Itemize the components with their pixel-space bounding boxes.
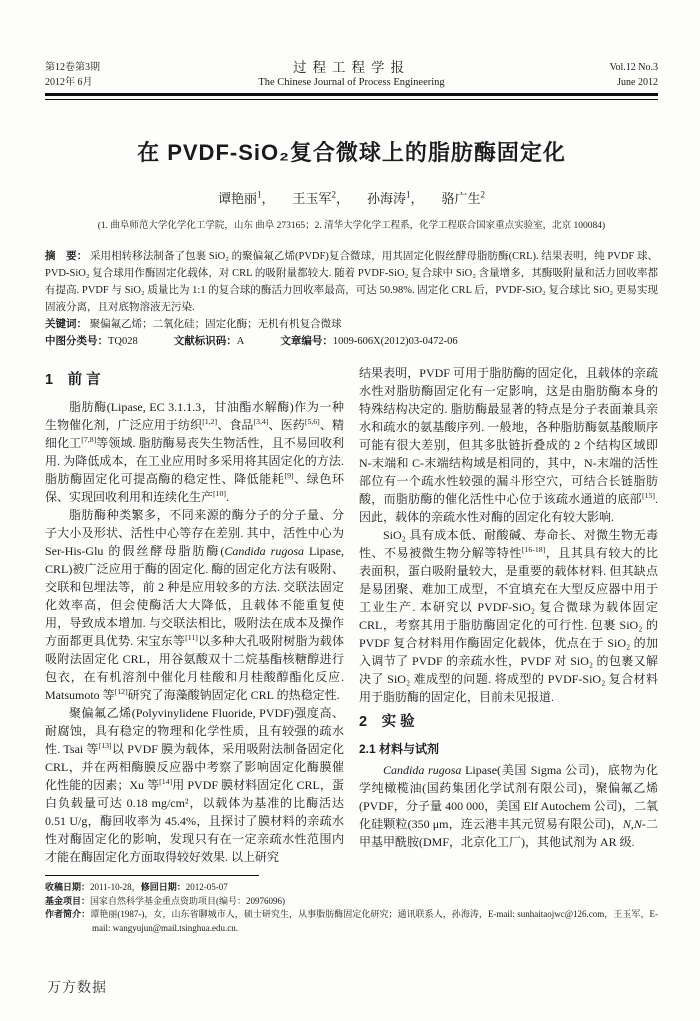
journal-page: 第12卷第3期 2012年 6月 过程工程学报 The Chinese Jour…	[0, 0, 700, 1021]
footnote-line: 收稿日期：2011-10-28，修回日期：2012-05-07	[45, 881, 658, 895]
volume-issue-en: Vol.12 No.3	[548, 60, 658, 75]
keywords-text: 聚偏氟乙烯；二氧化硅；固定化酶；无机有机复合微球	[90, 319, 342, 330]
paragraph: Candida rugosa Lipase(美国 Sigma 公司)，底物为化学…	[359, 761, 658, 851]
subsection-heading: 2.1 材料与试剂	[359, 740, 658, 758]
classification-line: 中图分类号：TQ028文献标识码：A文章编号：1009-606X(2012)03…	[45, 333, 658, 350]
keywords-block: 关键词： 聚偏氟乙烯；二氧化硅；固定化酶；无机有机复合微球	[45, 316, 658, 333]
footnote-divider	[45, 875, 259, 876]
paragraph: 聚偏氟乙烯(Polyvinylidene Fluoride, PVDF)强度高、…	[45, 704, 344, 866]
abstract-block: 摘 要： 采用相转移法制备了包裹 SiO₂ 的聚偏氟乙烯(PVDF)复合微球，用…	[45, 248, 658, 316]
left-column: 1 前 言脂肪酶(Lipase, EC 3.1.1.3，甘油酯水解酶)作为一种生…	[45, 364, 344, 866]
wanfang-watermark: 万方数据	[47, 977, 107, 997]
journal-name-en: The Chinese Journal of Process Engineeri…	[155, 75, 548, 90]
paragraph: SiO₂ 具有成本低、耐酸碱、寿命长、对微生物无毒性、不易被微生物分解等特性[1…	[359, 526, 658, 706]
keywords-label: 关键词：	[45, 319, 87, 330]
journal-name-block: 过程工程学报 The Chinese Journal of Process En…	[155, 60, 548, 90]
journal-name-cn: 过程工程学报	[155, 60, 548, 75]
right-column: 结果表明，PVDF 可用于脂肪酶的固定化，且载体的亲疏水性对脂肪酶固定化有一定影…	[359, 364, 658, 866]
classification-item: 文献标识码：A	[174, 336, 245, 347]
article-title: 在 PVDF-SiO₂复合微球上的脂肪酶固定化	[45, 136, 658, 167]
footnotes-block: 收稿日期：2011-10-28，修回日期：2012-05-07基金项目：国家自然…	[45, 881, 658, 935]
paragraph: 脂肪酶(Lipase, EC 3.1.1.3，甘油酯水解酶)作为一种生物催化剂，…	[45, 398, 344, 506]
author: 王玉军2，	[292, 191, 349, 206]
paragraph: 脂肪酶种类繁多，不同来源的酶分子的分子量、分子大小及形状、活性中心等存在差别. …	[45, 506, 344, 704]
article-body: 1 前 言脂肪酶(Lipase, EC 3.1.1.3，甘油酯水解酶)作为一种生…	[45, 364, 658, 866]
paragraph: 结果表明，PVDF 可用于脂肪酶的固定化，且载体的亲疏水性对脂肪酶固定化有一定影…	[359, 364, 658, 526]
issue-date-en: June 2012	[548, 75, 658, 90]
section-heading: 2 实 验	[359, 713, 658, 731]
abstract-label: 摘 要：	[45, 251, 87, 262]
author: 骆广生2	[442, 191, 486, 206]
volume-issue-cn: 第12卷第3期	[45, 60, 155, 75]
issue-date-cn: 2012年 6月	[45, 75, 155, 90]
classification-item: 文章编号：1009-606X(2012)03-0472-06	[280, 336, 457, 347]
classification-item: 中图分类号：TQ028	[45, 336, 138, 347]
header-issue-info: 第12卷第3期 2012年 6月	[45, 60, 155, 90]
author-list: 谭艳丽1，王玉军2，孙海涛1，骆广生2	[45, 188, 658, 207]
affiliation: (1. 曲阜师范大学化学化工学院，山东 曲阜 273165；2. 清华大学化学工…	[45, 217, 658, 231]
section-heading: 1 前 言	[45, 371, 344, 389]
author: 孙海涛1，	[367, 191, 424, 206]
author: 谭艳丽1，	[218, 191, 275, 206]
footnote-line: 作者简介：谭艳丽(1987-)，女，山东省聊城市人，硕士研究生，从事脂肪酶固定化…	[45, 908, 658, 935]
page-header: 第12卷第3期 2012年 6月 过程工程学报 The Chinese Jour…	[45, 60, 658, 90]
footnote-line: 基金项目：国家自然科学基金重点资助项目(编号：20976096)	[45, 895, 658, 909]
header-volume-info: Vol.12 No.3 June 2012	[548, 60, 658, 90]
abstract-text: 采用相转移法制备了包裹 SiO₂ 的聚偏氟乙烯(PVDF)复合微球，用其固定化假…	[45, 251, 658, 313]
header-divider	[45, 93, 658, 100]
